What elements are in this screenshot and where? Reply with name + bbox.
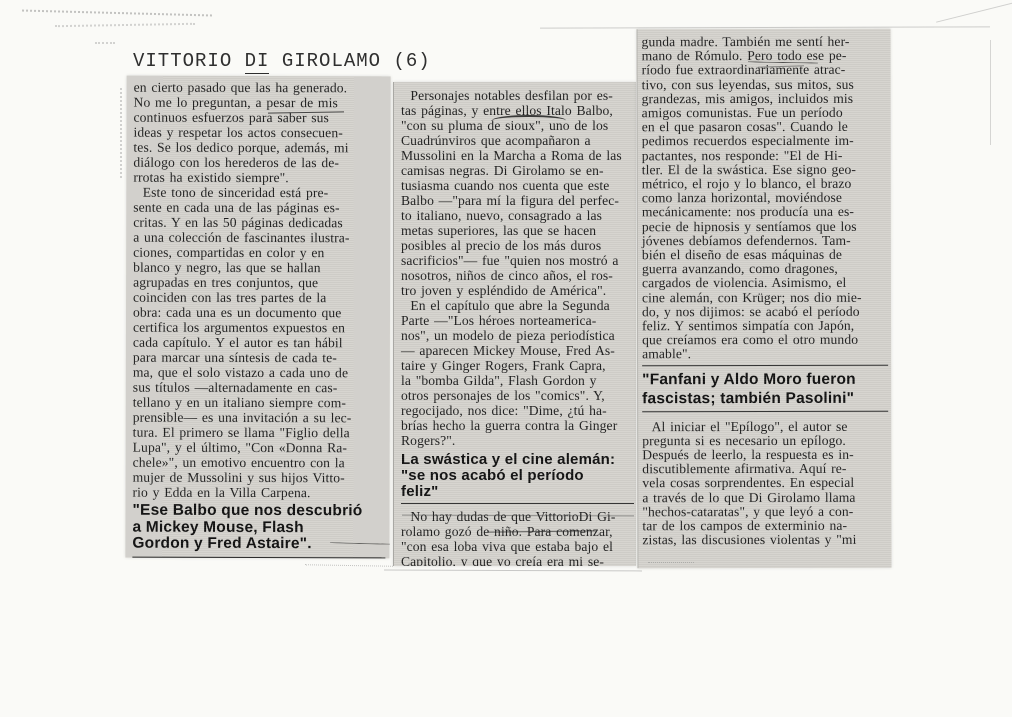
scan-speckle-top-left-2: [55, 23, 195, 27]
scan-artifact-right-line: [990, 40, 992, 145]
scan-speckle-top-left-1: [22, 10, 212, 17]
column-1: en cierto pasado que las ha generado. No…: [125, 76, 390, 559]
paragraph-col1-1: en cierto pasado que las ha generado. No…: [133, 80, 386, 186]
column-3: gunda madre. También me sentí her- mano …: [637, 29, 892, 568]
subhead-ese-balbo: "Ese Balbo que nos descubrió a Mickey Mo…: [132, 503, 385, 553]
divider-rule-col1-bottom: [132, 556, 385, 558]
title-underlined-di: DI: [245, 50, 270, 74]
scan-speckle-top-left-3: [95, 42, 115, 44]
paragraph-col2-3: No hay dudas de que VittorioDi Gi- rolam…: [401, 509, 634, 566]
title-text-post: GIROLAMO (6): [269, 50, 430, 72]
paragraph-col3-2: Al iniciar el "Epílogo", el autor se pre…: [642, 419, 888, 547]
scan-artifact-col1-torn-edge: [305, 564, 393, 567]
paragraph-col3-1: gunda madre. También me sentí her- mano …: [642, 35, 889, 362]
divider-rule-col2: [401, 503, 634, 504]
subhead-la-swastica: La swástica y el cine alemán: "se nos ac…: [401, 452, 634, 500]
paragraph-col2-1: Personajes notables desfilan por es- tas…: [401, 88, 634, 298]
paragraph-col2-2: En el capítulo que abre la Segunda Parte…: [401, 298, 634, 448]
subhead-fanfani: "Fanfani y Aldo Moro fueron fascistas; t…: [642, 369, 888, 407]
column-2: Personajes notables desfilan por es- tas…: [393, 82, 636, 566]
scan-artifact-corner-diagonal: [936, 2, 1012, 22]
divider-rule-col3-above: [642, 364, 888, 365]
scan-artifact-left-edge-marks: [120, 88, 123, 178]
title-text-pre: VITTORIO: [133, 50, 245, 72]
scan-artifact-col2-torn-edge: [384, 570, 642, 572]
scanned-newspaper-page: VITTORIO DI GIROLAMO (6) en cierto pasad…: [0, 0, 1012, 717]
divider-rule-col3-below: [642, 410, 888, 411]
paragraph-col1-2: Este tono de sinceridad está pre- sente …: [133, 185, 387, 501]
article-title: VITTORIO DI GIROLAMO (6): [133, 50, 431, 72]
